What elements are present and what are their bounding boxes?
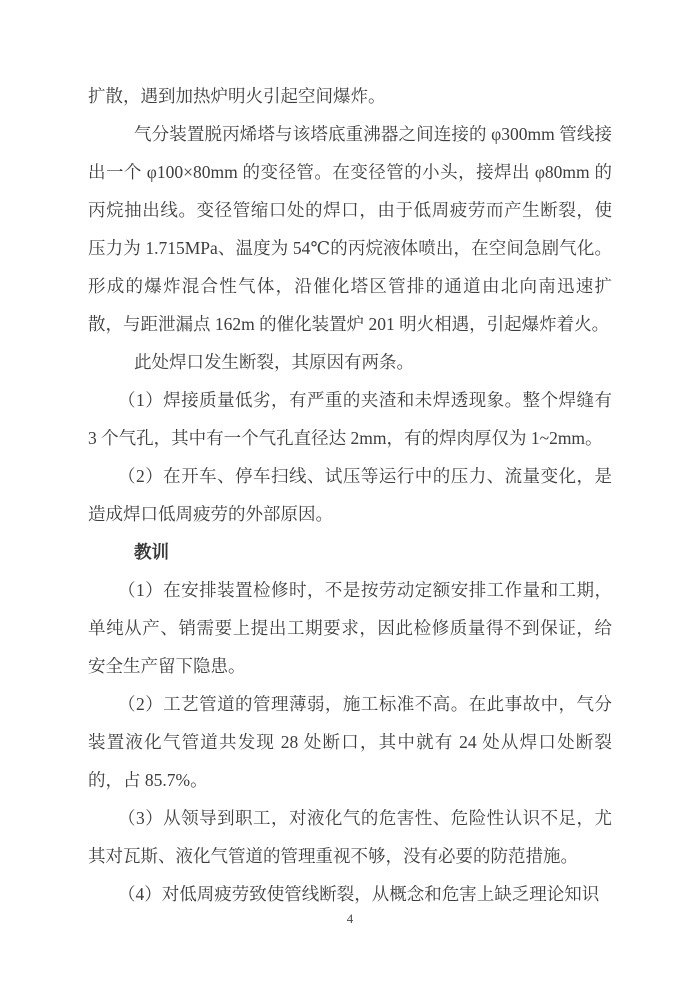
- paragraph-lesson-4: （4）对低周疲劳致使管线断裂，从概念和危害上缺乏理论知识: [88, 875, 612, 913]
- paragraph-continuation: 扩散，遇到加热炉明火引起空间爆炸。: [88, 77, 612, 115]
- paragraph-cause-2: （2）在开车、停车扫线、试压等运行中的压力、流量变化，是造成焊口低周疲劳的外部原…: [88, 457, 612, 533]
- paragraph-lesson-3: （3）从领导到职工，对液化气的危害性、危险性认识不足，尤其对瓦斯、液化气管道的管…: [88, 799, 612, 875]
- paragraph-cause-intro: 此处焊口发生断裂，其原因有两条。: [88, 343, 612, 381]
- paragraph-lesson-2: （2）工艺管道的管理薄弱，施工标准不高。在此事故中，气分装置液化气管道共发现 2…: [88, 685, 612, 799]
- section-heading-lessons: 教训: [88, 533, 612, 571]
- page-number: 4: [0, 910, 700, 928]
- document-body: 扩散，遇到加热炉明火引起空间爆炸。 气分装置脱丙烯塔与该塔底重沸器之间连接的 φ…: [88, 77, 612, 913]
- paragraph-cause-1: （1）焊接质量低劣，有严重的夹渣和未焊透现象。整个焊缝有 3 个气孔，其中有一个…: [88, 381, 612, 457]
- document-page: 扩散，遇到加热炉明火引起空间爆炸。 气分装置脱丙烯塔与该塔底重沸器之间连接的 φ…: [0, 0, 700, 990]
- paragraph-accident-description: 气分装置脱丙烯塔与该塔底重沸器之间连接的 φ300mm 管线接出一个 φ100×…: [88, 115, 612, 343]
- paragraph-lesson-1: （1）在安排装置检修时，不是按劳动定额安排工作量和工期，单纯从产、销需要上提出工…: [88, 571, 612, 685]
